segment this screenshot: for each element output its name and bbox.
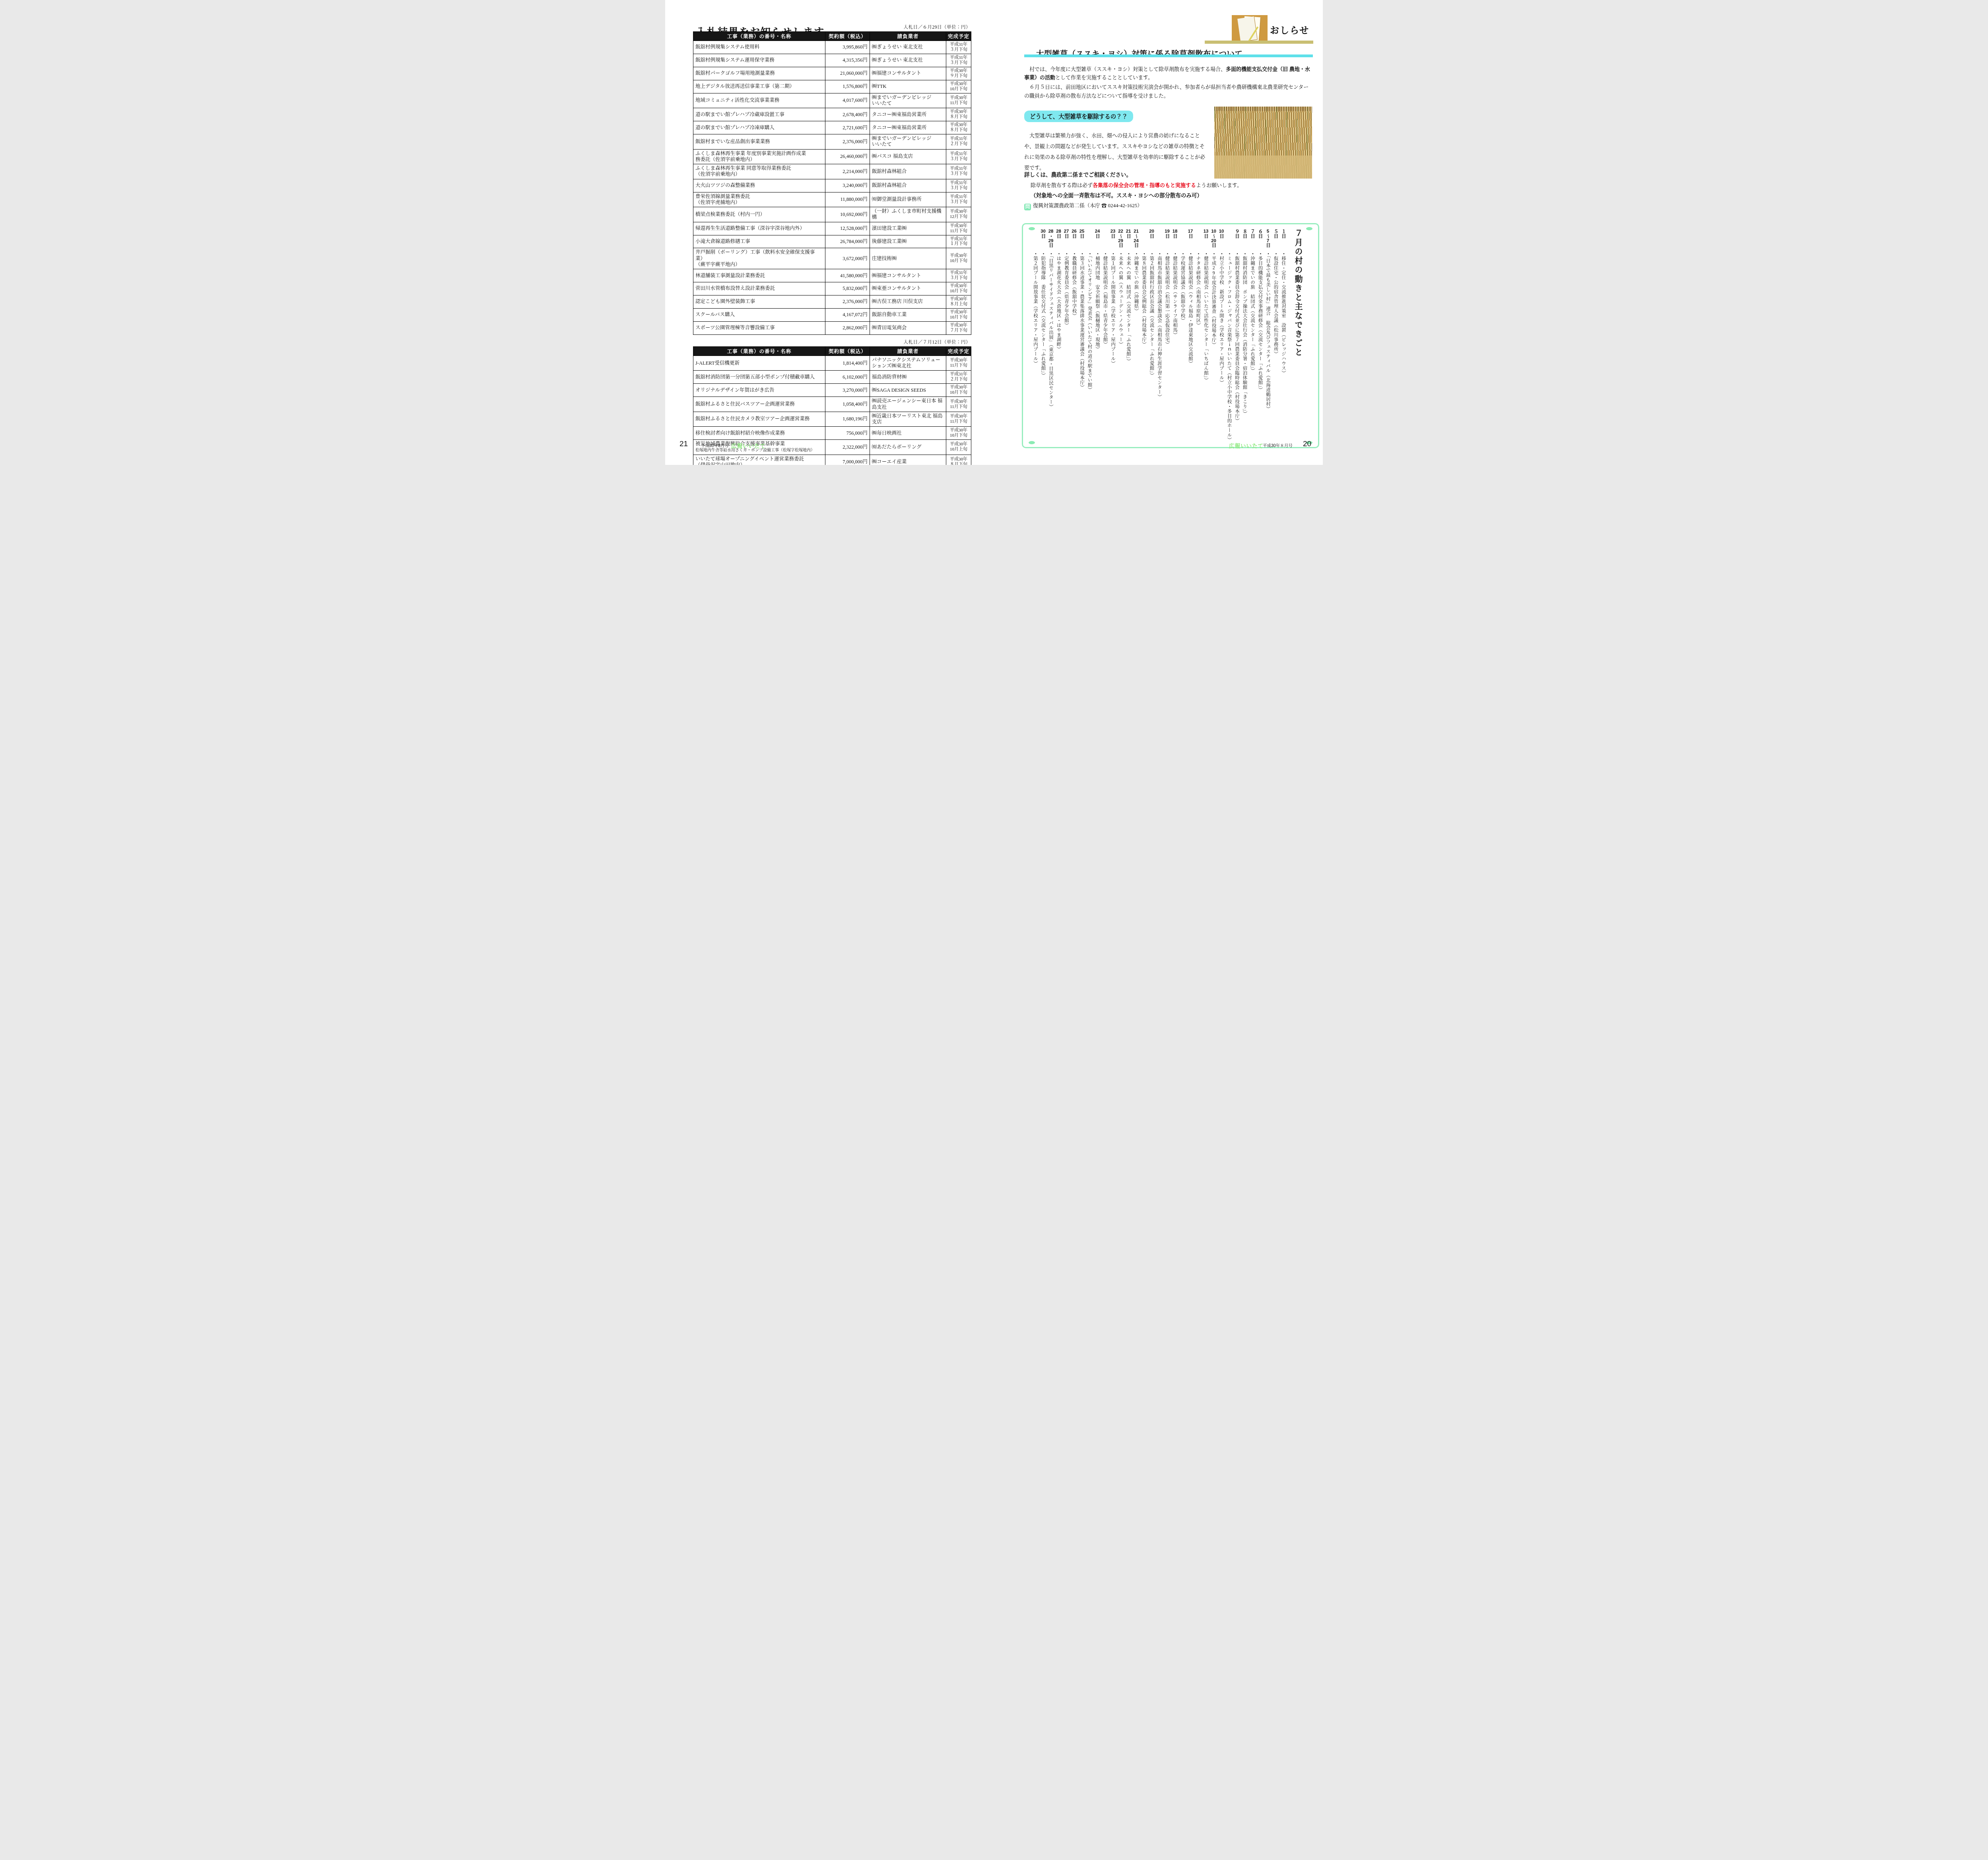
event-text: 沖縄までいの旅（沖縄県）	[1134, 256, 1139, 313]
contract-amount-cell: 11,880,000円	[825, 192, 870, 207]
bullet-icon: ・	[1173, 251, 1177, 256]
column-header: 工事（業務）の番号・名称	[693, 32, 825, 41]
bid-tables-area: 入札日／６月29日（単位：円） 工事（業務）の番号・名称契約額（税込）請負業者完…	[693, 24, 971, 465]
contractor-cell: ㈱近畿日本ツーリスト東北 福島支店	[870, 412, 946, 427]
event-date: 24日	[1095, 229, 1100, 251]
event-text: 教職員研修会（飯舘中学校）	[1072, 256, 1077, 318]
event-item: 25日・第３回水道事業・農業集落排水事業運営審議会（村役場本庁）	[1079, 229, 1084, 442]
contract-amount-cell: 3,672,000円	[825, 248, 870, 269]
project-name-cell: いいたて球場オープニングイベント運営業務委託（伊丹沢字山田地内）	[693, 455, 825, 465]
event-item: ５日・仮設住宅・公的宿舎管理人会議（松川事務所）	[1273, 229, 1278, 442]
project-name-cell: スポーツ公園管理棟等音響設備工事	[693, 321, 825, 334]
event-item: 23日・第１回プール開放事業（学校エリア・屋内プール）	[1110, 229, 1115, 442]
issue-label-left: 平成30年8月号	[701, 443, 729, 449]
project-name-cell: 飯舘村消防団第一分団第五部小型ポンプ付積載車購入	[693, 371, 825, 384]
event-item: ・学校運営協議会（飯舘中学校）	[1180, 229, 1185, 442]
bid-table-june-head: 工事（業務）の番号・名称契約額（税込）請負業者完成予定	[693, 32, 971, 41]
event-item: ・健診結果説明会（福島市・県青少年会館）	[1103, 229, 1107, 442]
completion-cell: 平成31年２月下旬	[946, 371, 971, 384]
event-text: 第３回水道事業・農業集落排水事業運営審議会（村役場本庁）	[1079, 256, 1084, 390]
contract-amount-cell: 2,721,600円	[825, 121, 870, 134]
column-header: 完成予定	[946, 346, 971, 356]
table-row: 飯舘村パークゴルフ場用地測量業務21,060,000円㈱福建コンサルタント平成3…	[693, 67, 971, 80]
contract-amount-cell: 41,580,000円	[825, 269, 870, 282]
table-row: 飯舘村ふるさと住民カメラ教室ツアー企画運営業務1,680,196円㈱近畿日本ツー…	[693, 412, 971, 427]
newsletter-spread: 入札結果をお知らせします 入札日／６月29日（単位：円） 工事（業務）の番号・名…	[665, 0, 1323, 465]
inquiry-icon: 問	[1024, 204, 1031, 210]
contractor-cell: ㈱パスコ 福島支店	[870, 149, 946, 164]
project-name-cell: 飯舘村ふるさと住民カメラ教室ツアー企画運営業務	[693, 412, 825, 427]
completion-cell: 平成31年３月下旬	[946, 149, 971, 164]
event-date: 5〜7日	[1266, 229, 1270, 251]
bullet-icon: ・	[1064, 251, 1069, 256]
completion-cell: 平成31年１月下旬	[946, 235, 971, 248]
bid-table-june: 工事（業務）の番号・名称契約額（税込）請負業者完成予定 飯舘村例規集システム使用…	[693, 31, 971, 335]
spray-post: ようお願いします。	[1196, 182, 1242, 188]
event-item: 17日・健診結果説明会（ウィル福島・伊達東地区交流館）	[1188, 229, 1193, 442]
table-row: 地域コミュニティ活性化交流事業業務4,017,600円㈱までいガーデンビレッジい…	[693, 93, 971, 108]
project-name-cell: ふくしま森林再生事業 同意等取得業務委託（佐須字前乗地内）	[693, 164, 825, 179]
completion-cell: 平成30年11月下旬	[946, 222, 971, 235]
bid-date-note-july: 入札日／７月12日（単位：円）	[693, 339, 971, 345]
contract-amount-cell: 1,680,196円	[825, 412, 870, 427]
project-name-cell: J-ALERT受信機更新	[693, 356, 825, 371]
completion-cell: 平成31年３月下旬	[946, 192, 971, 207]
column-header: 契約額（税込）	[825, 346, 870, 356]
table-row: スクールバス購入4,167,072円飯舘自動車工業平成30年10月下旬	[693, 309, 971, 322]
completion-cell: 平成30年11月下旬	[946, 356, 971, 371]
completion-cell: 平成30年８月上旬	[946, 295, 971, 309]
table-row: 豊栄佐須線測量業務委託（佐須字虎捕地内）11,880,000円㈲御堂測量設計事務…	[693, 192, 971, 207]
contact-text: 復興対策課農政第二係（本庁 ☎ 0244-42-1625）	[1033, 202, 1142, 208]
contractor-cell: 濱田建設工業㈱	[870, 222, 946, 235]
event-text: 第８回農業委員会定例総会（村役場本庁）	[1142, 256, 1146, 347]
table-row: 飯舘村例規集システム使用料3,995,860円㈱ぎょうせい 東北支社平成31年３…	[693, 41, 971, 54]
table-row: 飯舘村例規集システム運用保守業務4,315,356円㈱ぎょうせい 東北支社平成3…	[693, 54, 971, 67]
contract-amount-cell: 4,017,600円	[825, 93, 870, 108]
contract-amount-cell: 2,376,000円	[825, 295, 870, 309]
bid-table-july-head: 工事（業務）の番号・名称契約額（税込）請負業者完成予定	[693, 346, 971, 356]
contract-amount-cell: 1,814,400円	[825, 356, 870, 371]
bullet-icon: ・	[1204, 251, 1208, 256]
bullet-icon: ・	[1072, 251, 1077, 256]
event-date: 18日	[1173, 229, 1177, 251]
table-row: 移住検討者向け飯舘村紹介映像作成業務756,000円㈱毎日映画社平成30年10月…	[693, 427, 971, 440]
susuki-grass-photo	[1214, 107, 1312, 179]
bullet-icon: ・	[1142, 251, 1146, 256]
corner-dot-icon	[1306, 227, 1312, 230]
event-item: ７日・沖縄までいの旅 結団式（交流センター「ふれ愛館」）	[1250, 229, 1255, 442]
event-item: 13日・健診結果説明会（いいたて活性化センター「いちばん館」）	[1204, 229, 1208, 442]
completion-cell: 平成30年10月下旬	[946, 248, 971, 269]
event-date: 10日	[1219, 229, 1224, 251]
july-events-list: ７月の村の動きと主なできごと１日・移住・定住・交流推進対策室 設置（ビレッジハウ…	[1029, 229, 1304, 442]
bullet-icon: ・	[1274, 251, 1278, 256]
event-text: 多目的機能支払交付金事務研修会（交流センター「ふれ愛館」）	[1258, 256, 1263, 392]
project-name-cell: ふくしま森林再生事業 年度別事業実施計画作成業務委託（佐須字前乗地内）	[693, 149, 825, 164]
event-date: 10〜20日	[1211, 229, 1216, 251]
event-item: ・第２回プール開放事業（学校エリア・屋内プール）	[1033, 229, 1038, 442]
completion-cell: 平成30年11月下旬	[946, 412, 971, 427]
completion-cell: 平成30年10月下旬	[946, 384, 971, 397]
bullet-icon: ・	[1235, 251, 1239, 256]
column-header: 完成予定	[946, 32, 971, 41]
page-right-notice: おしらせ 大型雑草（ススキ・ヨシ）対策に係る除草剤散布について 村では、今年度に…	[1022, 0, 1318, 465]
event-item: ・ミュージック・フロム・ジャパン音楽祭ｉｎいいたて（村立小中学校・多目的ホール）	[1227, 229, 1231, 442]
paragraph-3: 大型雑草は繁殖力が強く、水田、畑への侵入により営農の妨げになることや、景観上の問…	[1024, 130, 1209, 173]
bullet-icon: ・	[1118, 251, 1123, 256]
table-row: 井戸掘削（ボーリング）工事（飲料水安全確保支援事業）（蕨平字蕨平地内）3,672…	[693, 248, 971, 269]
table-row: 道の駅までい館プレハブ冷凍庫購入2,721,600円タニコー㈱東福島営業所平成3…	[693, 121, 971, 134]
contractor-cell: ㈱ぎょうせい 東北支社	[870, 41, 946, 54]
contractor-cell: タニコー㈱東福島営業所	[870, 121, 946, 134]
completion-cell: 平成31年３月下旬	[946, 179, 971, 192]
event-text: 第２回プール開放事業（学校エリア・屋内プール）	[1033, 256, 1038, 366]
contact-line: 問復興対策課農政第二係（本庁 ☎ 0244-42-1625）	[1024, 201, 1142, 210]
event-text: 第１回プール開放事業（学校エリア・屋内プール）	[1110, 256, 1115, 366]
event-item: ６日・多目的機能支払交付金事務研修会（交流センター「ふれ愛館」）	[1258, 229, 1262, 442]
contract-amount-cell: 2,376,000円	[825, 134, 870, 150]
event-text: ミュージック・フロム・ジャパン音楽祭ｉｎいいたて（村立小中学校・多目的ホール）	[1227, 256, 1232, 442]
question-header: どうして、大型雑草を駆除するの？？	[1024, 111, 1133, 122]
table-row: J-ALERT受信機更新1,814,400円パナソニックシステムソリューションズ…	[693, 356, 971, 371]
paper-icon	[1237, 16, 1257, 41]
completion-cell: 平成30年８月下旬	[946, 455, 971, 465]
bid-table-june-body: 飯舘村例規集システム使用料3,995,860円㈱ぎょうせい 東北支社平成31年３…	[693, 41, 971, 335]
newsletter-logo-left: 広報いいたて	[731, 441, 766, 449]
spray-instruction-line: 除草剤を散布する際は必ず各集落の保全会の管理・指導のもと実施するようお願いします…	[1031, 181, 1242, 189]
bullet-icon: ・	[1134, 251, 1139, 256]
project-name-cell: 地域コミュニティ活性化交流事業業務	[693, 93, 825, 108]
event-item: 28日・はやま湖花火大会（大倉地区・はやま湖畔）	[1056, 229, 1061, 442]
table-header-row: 工事（業務）の番号・名称契約額（税込）請負業者完成予定	[693, 346, 971, 356]
completion-cell: 平成30年10月下旬	[946, 282, 971, 295]
event-text: 健診結果説明会（福島市・県青少年会館）	[1103, 256, 1108, 347]
column-header: 契約額（税込）	[825, 32, 870, 41]
event-text: 第２回飯舘村行政区長会議（交流センター「ふれ愛館」）	[1149, 256, 1154, 378]
bullet-icon: ・	[1103, 251, 1108, 256]
project-name-cell: 帰還再生生活道路整備工事（深谷字深谷地内外）	[693, 222, 825, 235]
bullet-icon: ・	[1242, 251, 1247, 256]
event-text: 飯舘村消防団 ポンプ操法大会壮行会（消防分署・宿泊体験館「きこり」）	[1242, 256, 1247, 416]
completion-cell: 平成31年３月下旬	[946, 269, 971, 282]
bullet-icon: ・	[1095, 251, 1100, 256]
event-text: 防犯指導隊 委任状交付式（交流センター「ふれ愛館」）	[1041, 256, 1046, 378]
contractor-cell: タニコー㈱東福島営業所	[870, 108, 946, 121]
event-date: ５日	[1273, 229, 1278, 251]
event-item: 20日・第２回飯舘村行政区長会議（交流センター「ふれ愛館」）	[1149, 229, 1154, 442]
event-item: 26日・教職員研修会（飯舘中学校）	[1072, 229, 1076, 442]
event-text: 健診結果説明会（いいたて活性化センター「いちばん館」）	[1204, 256, 1208, 383]
event-item: 27日・定例教育委員会（県青少年会館）	[1064, 229, 1069, 442]
event-text: 沖縄までいの旅 結団式（交流センター「ふれ愛館」）	[1250, 256, 1255, 373]
contract-amount-cell: 2,322,000円	[825, 440, 870, 455]
contractor-cell: 飯舘村森林組合	[870, 179, 946, 192]
contractor-cell: ㈲御堂測量設計事務所	[870, 192, 946, 207]
bullet-icon: ・	[1149, 251, 1154, 256]
event-date: ７日	[1250, 229, 1255, 251]
bullet-icon: ・	[1126, 251, 1131, 256]
contractor-cell: ㈱青田電気商会	[870, 321, 946, 334]
event-item: 21〜24日・沖縄までいの旅（沖縄県）	[1134, 229, 1138, 442]
project-name-cell: 橋梁点検業務委託（村内一円）	[693, 207, 825, 222]
contract-amount-cell: 3,240,000円	[825, 179, 870, 192]
event-date: １日	[1281, 229, 1286, 251]
table-row: 飯舘村ふるさと住民バスツアー企画運営業務1,058,400円㈱読売エージェンシー…	[693, 397, 971, 412]
event-date: 20日	[1149, 229, 1154, 251]
event-date: ８日	[1242, 229, 1247, 251]
project-name-cell: 飯舘村までいな産品創出事業業務	[693, 134, 825, 150]
consult-line: 詳しくは、農政第二係までご相談ください。	[1024, 170, 1132, 178]
project-name-cell: 道の駅までい館プレハブ冷蔵庫設置工事	[693, 108, 825, 121]
contractor-cell: （一財）ふくしま市町村支援機構	[870, 207, 946, 222]
contractor-cell: 後藤建設工業㈱	[870, 235, 946, 248]
contract-amount-cell: 2,678,400円	[825, 108, 870, 121]
bullet-icon: ・	[1041, 251, 1046, 256]
project-name-cell: 飯舘村パークゴルフ場用地測量業務	[693, 67, 825, 80]
event-date: 17日	[1188, 229, 1193, 251]
notice-section-label: おしらせ	[1270, 23, 1309, 36]
newsletter-logo-right: 広報いいたて	[1229, 441, 1264, 449]
table-row: 道の駅までい館プレハブ冷蔵庫設置工事2,678,400円タニコー㈱東福島営業所平…	[693, 108, 971, 121]
bullet-icon: ・	[1056, 251, 1061, 256]
contractor-cell: ㈱福建コンサルタント	[870, 67, 946, 80]
project-name-cell: 林道舗装工事測量設計業務委託	[693, 269, 825, 282]
event-item: ・南相馬市飯舘自治会議会懇談会（南相馬市石神生涯学習センター）	[1157, 229, 1162, 442]
event-item: 19日・健診結果説明会（松川第一応急仮設住宅）	[1165, 229, 1169, 442]
event-text: はやま湖花火大会（大倉地区・はやま湖畔）	[1056, 256, 1061, 352]
contract-amount-cell: 1,058,400円	[825, 397, 870, 412]
event-item: 24日・桶地内団地 安全祈願祭（飯樋地区・現地）	[1095, 229, 1100, 442]
contract-amount-cell: 5,832,000円	[825, 282, 870, 295]
event-text: 未来への翼 結団式（交流センター「ふれ愛館」）	[1126, 256, 1131, 363]
bullet-icon: ・	[1196, 251, 1201, 256]
contractor-cell: ㈱までいガーデンビレッジいいたて	[870, 93, 946, 108]
table-row: スポーツ公園管理棟等音響設備工事2,862,000円㈱青田電気商会平成30年７月…	[693, 321, 971, 334]
contractor-cell: ㈱東亜コンサルタント	[870, 282, 946, 295]
column-header: 工事（業務）の番号・名称	[693, 346, 825, 356]
bullet-icon: ・	[1211, 251, 1216, 256]
event-date: 25日	[1079, 229, 1084, 251]
event-text: ナタネ研修会（南相馬市原町区）	[1196, 256, 1201, 328]
table-row: ふくしま森林再生事業 年度別事業実施計画作成業務委託（佐須字前乗地内）26,46…	[693, 149, 971, 164]
completion-cell: 平成31年３月下旬	[946, 41, 971, 54]
event-date: 27日	[1064, 229, 1069, 251]
issue-label-right: 平成30年８月号	[1263, 443, 1293, 449]
completion-cell: 平成30年10月下旬	[946, 427, 971, 440]
project-name-cell: 大火山ツツジの森整備業務	[693, 179, 825, 192]
notice-underline-bar	[1205, 41, 1313, 44]
july-events-box: ７月の村の動きと主なできごと１日・移住・定住・交流推進対策室 設置（ビレッジハウ…	[1022, 223, 1319, 448]
event-text: 未来への翼（スウェーデン・ノルウェー）	[1118, 256, 1123, 347]
event-date: 28・29日	[1048, 229, 1053, 251]
event-date: 23日	[1110, 229, 1115, 251]
event-text: 「いいたてオリンピア」発表会（いいたて村の道の駅までい館）	[1087, 256, 1092, 392]
contractor-cell: ㈱福建コンサルタント	[870, 269, 946, 282]
project-name-cell: オリジナルデザイン年賀はがき広告	[693, 384, 825, 397]
event-date: 28日	[1056, 229, 1061, 251]
event-text: 平成29年度会計決算審査（村役場本庁）	[1211, 256, 1216, 347]
page-number-right: 20	[1303, 440, 1311, 449]
event-item: １日・移住・定住・交流推進対策室 設置（ビレッジハウス）	[1281, 229, 1286, 442]
table-row: ふくしま森林再生事業 同意等取得業務委託（佐須字前乗地内）2,214,000円飯…	[693, 164, 971, 179]
completion-cell: 平成30年11月下旬	[946, 93, 971, 108]
table-row: 地上デジタル放送再送信事業工事（第二期）1,576,800円㈱TTK平成30年1…	[693, 80, 971, 93]
contractor-cell: ㈱SAGA DESIGN SEEDS	[870, 384, 946, 397]
event-date: ９日	[1235, 229, 1239, 251]
event-item: ・第８回農業委員会定例総会（村役場本庁）	[1142, 229, 1146, 442]
event-text: 「日本で最も美しい村」連合 総会及びフェスティバル（北海道鶴居村）	[1266, 256, 1270, 411]
completion-cell: 平成30年11月下旬	[946, 397, 971, 412]
bullet-icon: ・	[1048, 251, 1053, 256]
bullet-icon: ・	[1165, 251, 1170, 256]
contractor-cell: ㈱までいガーデンビレッジいいたて	[870, 134, 946, 150]
completion-cell: 平成30年７月下旬	[946, 321, 971, 334]
contract-amount-cell: 2,214,000円	[825, 164, 870, 179]
bullet-icon: ・	[1180, 251, 1185, 256]
completion-cell: 平成30年10月下旬	[946, 309, 971, 322]
event-text: 村立小中学校 新設プール開き（学校エリア・屋内プール）	[1219, 256, 1224, 385]
table-row: 飯舘村消防団第一分団第五部小型ポンプ付積載車購入6,102,000円福島消防資材…	[693, 371, 971, 384]
project-name-cell: 認定こども園外壁装飾工事	[693, 295, 825, 309]
event-date: ６日	[1258, 229, 1262, 251]
event-item: 10〜20日・平成29年度会計決算審査（村役場本庁）	[1211, 229, 1216, 442]
spray-pre: 除草剤を散布する際は必ず	[1031, 182, 1093, 188]
event-text: 飯舘村農業委員会辞令交付式並びに第７回農業委員会臨時総会（村役場本庁）	[1235, 256, 1239, 423]
bullet-icon: ・	[1258, 251, 1263, 256]
bid-date-note-june: 入札日／６月29日（単位：円）	[693, 24, 971, 30]
events-title: ７月の村の動きと主なできごと	[1292, 229, 1304, 442]
event-text: 定例教育委員会（県青少年会館）	[1064, 256, 1069, 328]
event-date: 22〜29日	[1118, 229, 1123, 251]
contract-amount-cell: 26,460,000円	[825, 149, 870, 164]
table-row: 橋梁点検業務委託（村内一円）10,692,000円（一財）ふくしま市町村支援機構…	[693, 207, 971, 222]
bullet-icon: ・	[1087, 251, 1092, 256]
contractor-cell: ㈱ぎょうせい 東北支社	[870, 54, 946, 67]
contractor-cell: 飯舘村森林組合	[870, 164, 946, 179]
table-row: オリジナルデザイン年賀はがき広告3,270,000円㈱SAGA DESIGN S…	[693, 384, 971, 397]
contract-amount-cell: 26,784,000円	[825, 235, 870, 248]
event-item: 18日・健診結果説明会（サンライフ南相馬）	[1173, 229, 1177, 442]
column-header: 請負業者	[870, 32, 946, 41]
event-item: 21日・未来への翼 結団式（交流センター「ふれ愛館」）	[1126, 229, 1131, 442]
event-text: 南相馬市飯舘自治会議会懇談会（南相馬市石神生涯学習センター）	[1157, 256, 1162, 399]
event-item: 30日・防犯指導隊 委任状交付式（交流センター「ふれ愛館」）	[1041, 229, 1045, 442]
event-item: ９日・飯舘村農業委員会辞令交付式並びに第７回農業委員会臨時総会（村役場本庁）	[1235, 229, 1239, 442]
restriction-note: （対象地への全面一斉散布は不可。ススキ・ヨシへの部分散布のみ可）	[1031, 191, 1202, 199]
project-name-cell: 地上デジタル放送再送信事業工事（第二期）	[693, 80, 825, 93]
bullet-icon: ・	[1110, 251, 1115, 256]
completion-cell: 平成31年３月下旬	[946, 54, 971, 67]
spray-warning-red: 各集落の保全会の管理・指導のもと実施する	[1093, 182, 1196, 188]
completion-cell: 平成30年10月下旬	[946, 80, 971, 93]
paragraph-1-text: 村では、今年度に大型雑草（ススキ・ヨシ）対策として除草剤散布を実施する場合、	[1024, 66, 1226, 72]
contractor-cell: ㈱毎日映画社	[870, 427, 946, 440]
bullet-icon: ・	[1281, 251, 1286, 256]
completion-cell: 平成31年２月下旬	[946, 134, 971, 150]
contractor-cell: ㈱コーエイ産業	[870, 455, 946, 465]
event-date: 30日	[1041, 229, 1045, 251]
bullet-icon: ・	[1219, 251, 1224, 256]
completion-cell: 平成30年８月下旬	[946, 108, 971, 121]
event-item: 10日・村立小中学校 新設プール開き（学校エリア・屋内プール）	[1219, 229, 1224, 442]
contractor-cell: 福島消防資材㈱	[870, 371, 946, 384]
event-date: 26日	[1072, 229, 1076, 251]
event-item: ・「いいたてオリンピア」発表会（いいたて村の道の駅までい館）	[1087, 229, 1092, 442]
project-name-cell: 飯舘村例規集システム運用保守業務	[693, 54, 825, 67]
bullet-icon: ・	[1188, 251, 1193, 256]
project-name-cell: 移住検討者向け飯舘村紹介映像作成業務	[693, 427, 825, 440]
event-item: ・ナタネ研修会（南相馬市原町区）	[1196, 229, 1200, 442]
contract-amount-cell: 3,270,000円	[825, 384, 870, 397]
project-name-cell: スクールバス購入	[693, 309, 825, 322]
contract-amount-cell: 756,000円	[825, 427, 870, 440]
title-accent-underline	[1024, 54, 1313, 57]
table-row: いいたて球場オープニングイベント運営業務委託（伊丹沢字山田地内）7,000,00…	[693, 455, 971, 465]
table-row: 菅田川水管橋布設替え設計業務委託5,832,000円㈱東亜コンサルタント平成30…	[693, 282, 971, 295]
event-text: 桶地内団地 安全祈願祭（飯樋地区・現地）	[1095, 256, 1100, 352]
event-date: 13日	[1204, 229, 1208, 251]
contract-amount-cell: 4,167,072円	[825, 309, 870, 322]
bullet-icon: ・	[1227, 251, 1232, 256]
notice-photo	[1232, 15, 1268, 43]
bullet-icon: ・	[1266, 251, 1270, 256]
table-row: 小滝大倉線道路修繕工事26,784,000円後藤建設工業㈱平成31年１月下旬	[693, 235, 971, 248]
completion-cell: 平成30年10月上旬	[946, 440, 971, 455]
table-header-row: 工事（業務）の番号・名称契約額（税込）請負業者完成予定	[693, 32, 971, 41]
contractor-cell: ㈱TTK	[870, 80, 946, 93]
event-item: ８日・飯舘村消防団 ポンプ操法大会壮行会（消防分署・宿泊体験館「きこり」）	[1242, 229, 1247, 442]
event-date: 21〜24日	[1134, 229, 1138, 251]
project-name-cell: 菅田川水管橋布設替え設計業務委託	[693, 282, 825, 295]
contract-amount-cell: 4,315,356円	[825, 54, 870, 67]
contract-amount-cell: 6,102,000円	[825, 371, 870, 384]
completion-cell: 平成30年９月下旬	[946, 67, 971, 80]
event-item: 28・29日・「目黒リバーサイドフェスティバル出展」（東京都・目黒区民センター）	[1048, 229, 1053, 442]
contract-amount-cell: 1,576,800円	[825, 80, 870, 93]
table-row: 林道舗装工事測量設計業務委託41,580,000円㈱福建コンサルタント平成31年…	[693, 269, 971, 282]
project-name-cell: 豊栄佐須線測量業務委託（佐須字虎捕地内）	[693, 192, 825, 207]
event-text: 健診結果説明会（ウィル福島・伊達東地区交流館）	[1188, 256, 1193, 366]
contract-amount-cell: 7,000,000円	[825, 455, 870, 465]
bullet-icon: ・	[1157, 251, 1162, 256]
event-text: 学校運営協議会（飯舘中学校）	[1180, 256, 1185, 323]
contractor-cell: ㈱古俣工務店 川俣支店	[870, 295, 946, 309]
project-name-cell: 道の駅までい館プレハブ冷凍庫購入	[693, 121, 825, 134]
event-date: 21日	[1126, 229, 1131, 251]
paragraph-2: ６月５日には、前田地区においてススキ対策技術実演会が開かれ、参加者らが県担当者や…	[1024, 83, 1314, 100]
event-text: 移住・定住・交流推進対策室 設置（ビレッジハウス）	[1281, 256, 1286, 375]
table-row: 飯舘村までいな産品創出事業業務2,376,000円㈱までいガーデンビレッジいいた…	[693, 134, 971, 150]
contractor-cell: ㈲あだたらボーリング	[870, 440, 946, 455]
project-name-cell: 井戸掘削（ボーリング）工事（飲料水安全確保支援事業）（蕨平字蕨平地内）	[693, 248, 825, 269]
table-row: 認定こども園外壁装飾工事2,376,000円㈱古俣工務店 川俣支店平成30年８月…	[693, 295, 971, 309]
page-number-left: 21	[679, 440, 688, 449]
event-item: 5〜7日・「日本で最も美しい村」連合 総会及びフェスティバル（北海道鶴居村）	[1266, 229, 1270, 442]
contractor-cell: 庄建技術㈱	[870, 248, 946, 269]
event-text: 「目黒リバーサイドフェスティバル出展」（東京都・目黒区民センター）	[1048, 256, 1053, 409]
project-name-cell: 小滝大倉線道路修繕工事	[693, 235, 825, 248]
completion-cell: 平成30年12月下旬	[946, 207, 971, 222]
completion-cell: 平成31年３月下旬	[946, 164, 971, 179]
paragraph-1-tail: として作業を実施することとしています。	[1055, 74, 1153, 80]
event-date: 19日	[1165, 229, 1169, 251]
event-item: 22〜29日・未来への翼（スウェーデン・ノルウェー）	[1118, 229, 1123, 442]
contractor-cell: ㈱読売エージェンシー東日本 福島支社	[870, 397, 946, 412]
page-left-bid-results: 入札結果をお知らせします 入札日／６月29日（単位：円） 工事（業務）の番号・名…	[665, 0, 995, 465]
event-text: 健診結果説明会（サンライフ南相馬）	[1173, 256, 1177, 337]
column-header: 請負業者	[870, 346, 946, 356]
